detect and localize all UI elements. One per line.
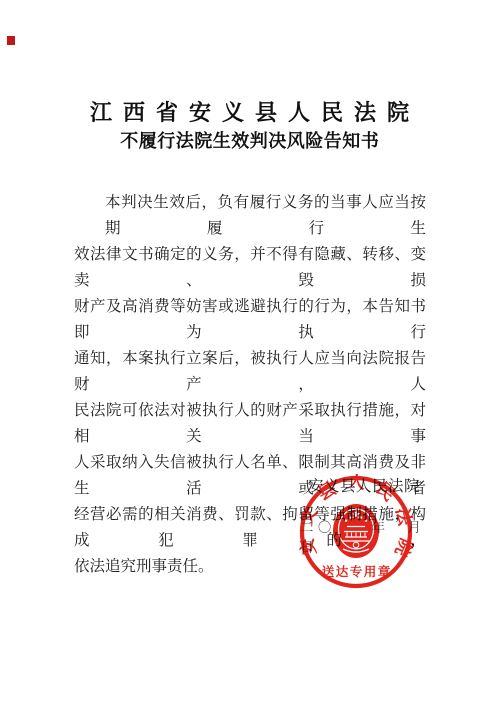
red-watermark-square xyxy=(7,36,15,45)
court-title: 江西省安义县人民法院 xyxy=(0,96,499,127)
document-page: 江西省安义县人民法院 不履行法院生效判决风险告知书 本判决生效后，负有履行义务的… xyxy=(0,0,499,706)
body-line: 民法院可依法对被执行人的财产采取执行措施，对相关当事 xyxy=(74,398,426,450)
body-line: 效法律文书确定的义务，并不得有隐藏、转移、变卖、毁损 xyxy=(74,242,426,294)
national-emblem-icon xyxy=(333,504,379,558)
document-title: 不履行法院生效判决风险告知书 xyxy=(0,127,499,153)
body-line: 通知，本案执行立案后，被执行人应当向法院报告财产，人 xyxy=(74,346,426,398)
body-line: 财产及高消费等妨害或逃避执行的行为，本告知书即为执行 xyxy=(74,294,426,346)
body-line: 本判决生效后，负有履行义务的当事人应当按期履行生 xyxy=(74,190,426,242)
seal-bottom-text: 送达专用章 xyxy=(322,564,392,579)
court-seal: 安义县人民法院 送达专用章 xyxy=(298,474,414,590)
